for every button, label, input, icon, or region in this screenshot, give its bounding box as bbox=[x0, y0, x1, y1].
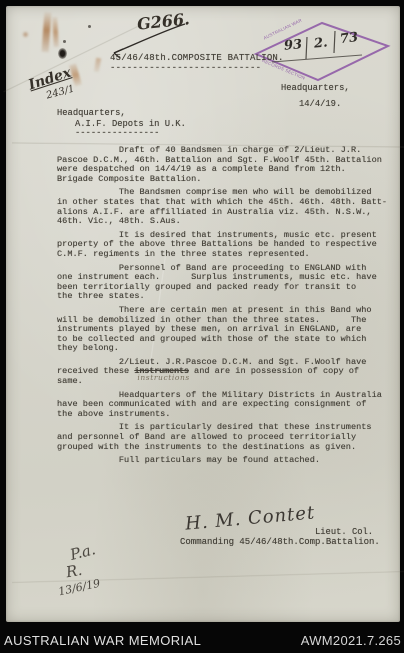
addressee-underline: ---------------- bbox=[75, 128, 159, 138]
body-paragraph-4: Personnel of Band are proceeding to ENGL… bbox=[57, 264, 397, 302]
unit-heading-underline: --------------------------- bbox=[110, 63, 261, 73]
unit-heading: 45/46/48th.COMPOSITE BATTALION. bbox=[110, 53, 284, 63]
letterhead-date: 14/4/19. bbox=[299, 99, 341, 109]
body-line: same. bbox=[57, 377, 397, 387]
pencil-correction-note: instructions bbox=[137, 373, 190, 383]
correction-post-text: and are in possession of copy of bbox=[189, 366, 359, 376]
ink-blot bbox=[58, 48, 67, 59]
addressee-line1: Headquarters, bbox=[57, 108, 126, 118]
archive-name-label: AUSTRALIAN WAR MEMORIAL bbox=[4, 633, 201, 648]
stamp-value-mid: 2. bbox=[313, 35, 328, 51]
check-second-initial: R. bbox=[65, 561, 84, 582]
body-line: Brigade Composite Battalion. bbox=[57, 175, 397, 185]
body-paragraph-2: The Bandsmen comprise men who will be de… bbox=[57, 188, 397, 226]
letter-body: Draft of 40 Bandsmen in charge of 2/Lieu… bbox=[57, 146, 397, 470]
body-paragraph-3: It is desired that instruments, music et… bbox=[57, 231, 397, 260]
struck-word: instrumentsinstructions bbox=[134, 366, 189, 376]
body-paragraph-6: 2/Lieut. J.R.Pascoe D.C.M. and Sgt. F.Wo… bbox=[57, 358, 397, 387]
stamp-value-left: 93 bbox=[283, 37, 302, 54]
catalog-number-label: AWM2021.7.265 bbox=[301, 633, 401, 648]
body-paragraph-8: It is particularly desired that these in… bbox=[57, 423, 397, 452]
body-paragraph-5: There are certain men at present in this… bbox=[57, 306, 397, 354]
body-line: the three states. bbox=[57, 292, 397, 302]
body-paragraph-9: Full particulars may be found attached. bbox=[57, 456, 397, 466]
stamp-value-right: 73 bbox=[339, 30, 359, 47]
letterhead-place: Headquarters, bbox=[281, 83, 350, 93]
body-line: 46th. Vic., 48th. S.Aus. bbox=[57, 217, 397, 227]
body-line: grouped with the instruments to the dest… bbox=[57, 443, 397, 453]
correction-pre-text: received these bbox=[57, 366, 134, 376]
ink-speck bbox=[63, 40, 66, 43]
body-line: Full particulars may be found attached. bbox=[57, 456, 397, 466]
awrs-diamond-stamp bbox=[252, 20, 392, 84]
body-line: the above instruments. bbox=[57, 410, 397, 420]
ink-speck bbox=[88, 25, 91, 28]
scanned-document-page: Index 243/1 G266. AUSTRALIAN WAR RECORDS… bbox=[0, 0, 404, 653]
body-line: C.M.F. regiments in the three states rep… bbox=[57, 250, 397, 260]
body-paragraph-7: Headquarters of the Military Districts i… bbox=[57, 391, 397, 420]
signature-unit: Commanding 45/46/48th.Comp.Battalion. bbox=[180, 537, 380, 547]
body-line-with-correction: received these instrumentsinstructions a… bbox=[57, 367, 397, 377]
signature-rank: Lieut. Col. bbox=[315, 527, 373, 537]
body-paragraph-1: Draft of 40 Bandsmen in charge of 2/Lieu… bbox=[57, 146, 397, 184]
body-line: they belong. bbox=[57, 344, 397, 354]
